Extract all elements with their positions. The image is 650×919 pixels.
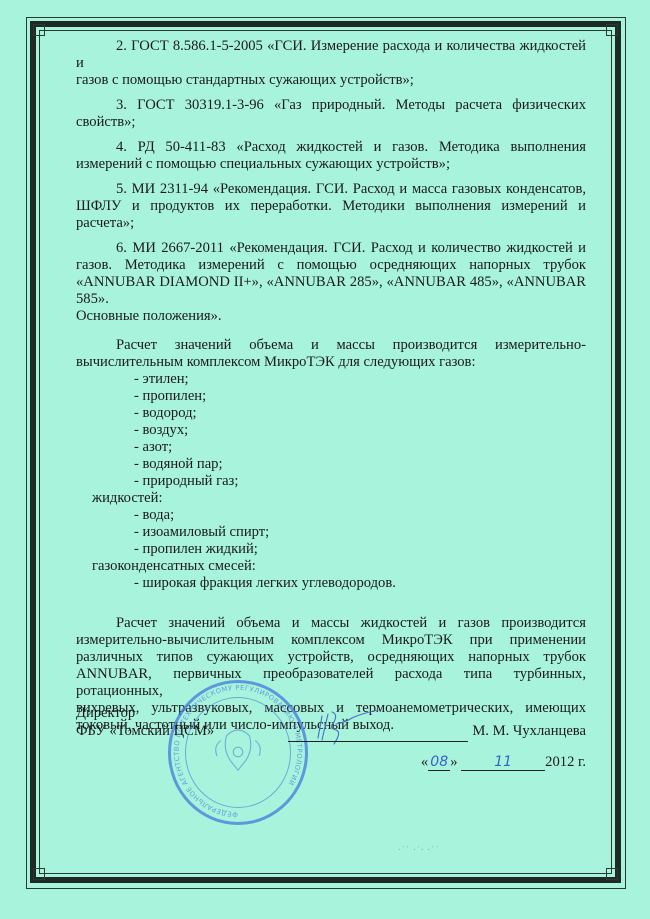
liquids-heading: жидкостей: [76,490,586,507]
list-item: - водяной пар; [76,456,586,473]
border-corner-ornament [33,24,45,36]
reference-line: «ANNUBAR DIAMOND II+», «ANNUBAR 285», «A… [76,274,586,308]
signature-date: «08» 112012 г. [421,753,586,771]
border-corner-ornament [606,24,618,36]
reference-line: газов с помощью стандартных сужающих уст… [76,72,586,89]
reference-line: свойств»; [76,114,586,131]
reference-line: 2. ГОСТ 8.586.1-5-2005 «ГСИ. Измерение р… [76,38,586,72]
paragraph-line: ANNUBAR, первичных преобразователей расх… [76,666,586,700]
list-item: - изоамиловый спирт; [76,524,586,541]
border-corner-ornament [606,868,618,880]
paragraph-line: различных типов сужающих устройств, осре… [76,649,586,666]
reference-line: 6. МИ 2667-2011 «Рекомендация. ГСИ. Расх… [76,240,586,257]
document-body: 2. ГОСТ 8.586.1-5-2005 «ГСИ. Измерение р… [76,38,586,742]
reference-line: ШФЛУ и продуктов их переработки. Методик… [76,198,586,232]
list-item: - вода; [76,507,586,524]
date-open-quote: « [421,754,428,770]
list-item: - пропилен; [76,388,586,405]
reference-item-5: 5. МИ 2311-94 «Рекомендация. ГСИ. Расход… [76,181,586,232]
condensates-heading: газоконденсатных смесей: [76,558,586,575]
paragraph-line: вычислительным комплексом МикроТЭК для с… [76,354,586,371]
reference-item-6: 6. МИ 2667-2011 «Рекомендация. ГСИ. Расх… [76,240,586,325]
list-item: - воздух; [76,422,586,439]
paragraph-line: Расчет значений объема и массы жидкостей… [76,615,586,632]
reference-item-3: 3. ГОСТ 30319.1-3-96 «Газ природный. Мет… [76,97,586,131]
print-smudge: ·˙˙ ·˙· ·˙˙ [398,846,440,854]
list-item: - природный газ; [76,473,586,490]
date-day: 08 [428,754,450,771]
signature-block: Директор ФБУ «Томский ЦСМ» М. М. Чухланц… [76,704,586,740]
border-corner-ornament [33,868,45,880]
reference-line: 3. ГОСТ 30319.1-3-96 «Газ природный. Мет… [76,97,586,114]
paragraph-line: Расчет значений объема и массы производи… [76,337,586,354]
liquids-list: - вода; - изоамиловый спирт; - пропилен … [76,507,586,558]
reference-item-2: 2. ГОСТ 8.586.1-5-2005 «ГСИ. Измерение р… [76,38,586,89]
handwritten-signature-icon [314,706,384,746]
date-month: 11 [461,754,545,771]
date-year: 2012 г. [545,754,586,770]
list-item: - этилен; [76,371,586,388]
date-close-quote: » [450,754,457,770]
list-item: - пропилен жидкий; [76,541,586,558]
reference-line: измерений с помощью специальных сужающих… [76,156,586,173]
reference-line: газов. Методика измерений с помощью осре… [76,257,586,274]
paragraph-line: измерительно-вычислительным комплексом М… [76,632,586,649]
list-item: - азот; [76,439,586,456]
official-stamp: ФЕДЕРАЛЬНОЕ АГЕНТСТВО ПО ТЕХНИЧЕСКОМУ РЕ… [168,680,308,825]
reference-line: Основные положения». [76,308,586,325]
gases-list: - этилен; - пропилен; - водород; - возду… [76,371,586,490]
signatory-name: М. М. Чухланцева [472,722,586,740]
list-item: - водород; [76,405,586,422]
reference-item-4: 4. РД 50-411-83 «Расход жидкостей и газо… [76,139,586,173]
calc-intro-paragraph: Расчет значений объема и массы производи… [76,337,586,371]
list-item: - широкая фракция легких углеводородов. [76,575,586,592]
reference-line: 5. МИ 2311-94 «Рекомендация. ГСИ. Расход… [76,181,586,198]
signature-line [288,741,468,742]
reference-line: 4. РД 50-411-83 «Расход жидкостей и газо… [76,139,586,156]
condensates-list: - широкая фракция легких углеводородов. [76,575,586,592]
